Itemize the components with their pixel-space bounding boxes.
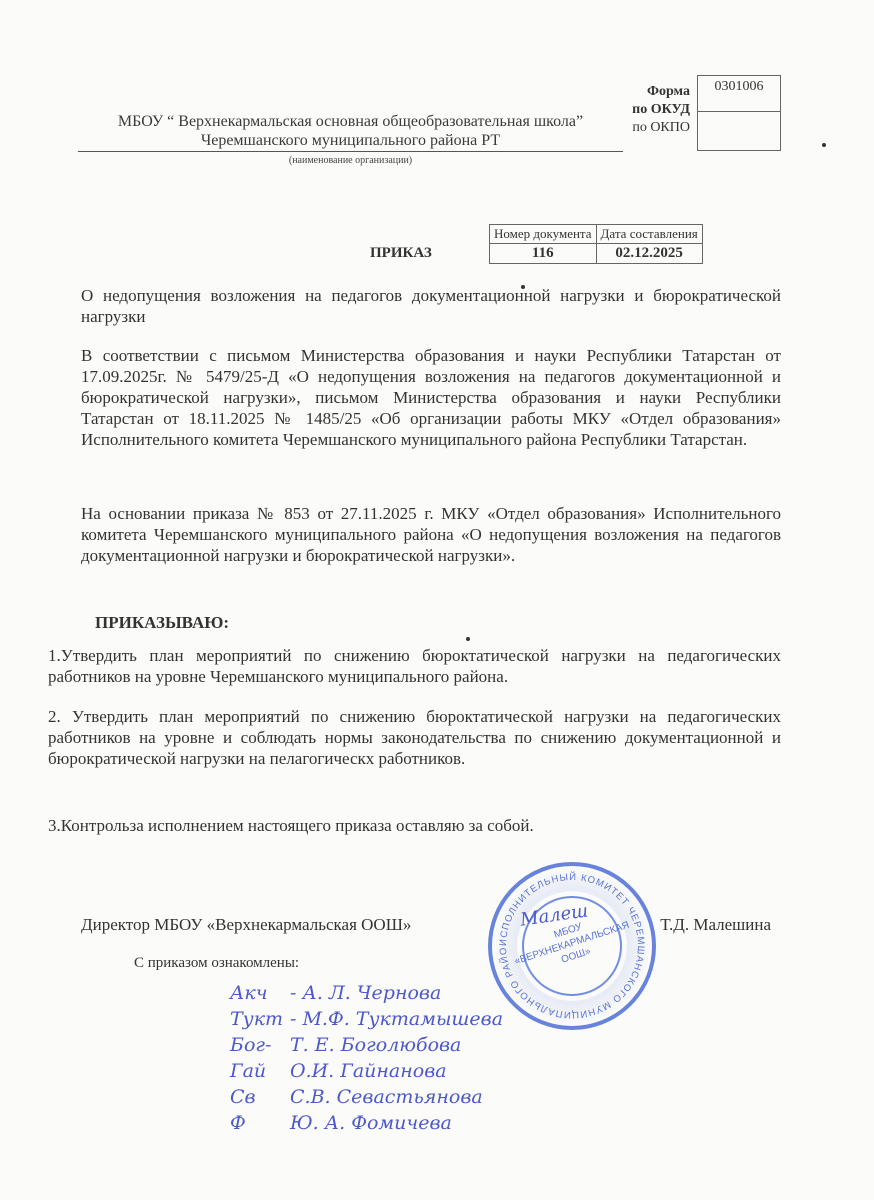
document-date: 02.12.2025: [596, 244, 702, 264]
order-heading: ПРИКАЗЫВАЮ:: [95, 613, 229, 633]
organization-underline: [78, 151, 623, 152]
okpo-code: [698, 112, 780, 148]
date-header: Дата составления: [596, 225, 702, 244]
scan-speck: [466, 637, 470, 641]
order-item-3: 3.Контрольза исполнением настоящего прик…: [48, 815, 781, 836]
paragraph-basis-letters: В соответствии с письмом Министерства об…: [81, 345, 781, 450]
order-item-2: 2. Утвердить план мероприятий по снижени…: [48, 706, 781, 769]
form-label: Форма: [610, 83, 690, 101]
organization-caption: (наименование организации): [78, 155, 623, 166]
signature-mark: Тукт: [230, 1006, 290, 1032]
scan-speck: [822, 143, 826, 147]
signature-row: Акч- А. Л. Чернова: [230, 980, 590, 1006]
okpo-label: по ОКПО: [610, 119, 690, 137]
document-number: 116: [490, 244, 597, 264]
organization-line-1: МБОУ “ Верхнекармальская основная общеоб…: [78, 112, 623, 131]
paragraph-basis-order: На основании приказа № 853 от 27.11.2025…: [81, 503, 781, 566]
director-signature-line: Директор МБОУ «Верхнекармальская ООШ» Т.…: [81, 915, 771, 935]
document-title: ПРИКАЗ: [370, 245, 432, 262]
director-name: Т.Д. Малешина: [660, 915, 771, 935]
signature-name: - М.Ф. Туктамышева: [290, 1008, 503, 1030]
organization-name: МБОУ “ Верхнекармальская основная общеоб…: [78, 112, 623, 150]
form-code-labels: Форма по ОКУД по ОКПО: [610, 83, 690, 137]
acknowledgement-signatures: Акч- А. Л. Чернова Тукт- М.Ф. Туктамышев…: [230, 980, 590, 1136]
acknowledged-label: С приказом ознакомлены:: [134, 955, 299, 972]
signature-name: - А. Л. Чернова: [290, 982, 441, 1004]
organization-line-2: Черемшанского муниципального района РТ: [78, 131, 623, 150]
signature-row: Тукт- М.Ф. Туктамышева: [230, 1006, 590, 1032]
scan-speck: [521, 285, 525, 289]
signature-name: Ю. А. Фомичева: [290, 1112, 452, 1134]
form-code-box: 0301006: [697, 75, 781, 151]
signature-mark: Акч: [230, 980, 290, 1006]
signature-name: С.В. Севастьянова: [290, 1086, 483, 1108]
order-subject: О недопущения возложения на педагогов до…: [81, 285, 781, 327]
document-info-table: Номер документа Дата составления 116 02.…: [489, 224, 703, 264]
signature-mark: Бог-: [230, 1032, 290, 1058]
signature-row: Бог-Т. Е. Боголюбова: [230, 1032, 590, 1058]
signature-name: О.И. Гайнанова: [290, 1060, 447, 1082]
director-title: Директор МБОУ «Верхнекармальская ООШ»: [81, 915, 411, 935]
signature-mark: Св: [230, 1084, 290, 1110]
order-item-1: 1.Утвердить план мероприятий по снижению…: [48, 645, 781, 687]
signature-name: Т. Е. Боголюбова: [290, 1034, 461, 1056]
signature-row: ГайО.И. Гайнанова: [230, 1058, 590, 1084]
okud-label: по ОКУД: [610, 101, 690, 119]
signature-row: ФЮ. А. Фомичева: [230, 1110, 590, 1136]
signature-mark: Гай: [230, 1058, 290, 1084]
okud-code: 0301006: [698, 76, 780, 112]
number-header: Номер документа: [490, 225, 597, 244]
signature-row: СвС.В. Севастьянова: [230, 1084, 590, 1110]
signature-mark: Ф: [230, 1110, 290, 1136]
